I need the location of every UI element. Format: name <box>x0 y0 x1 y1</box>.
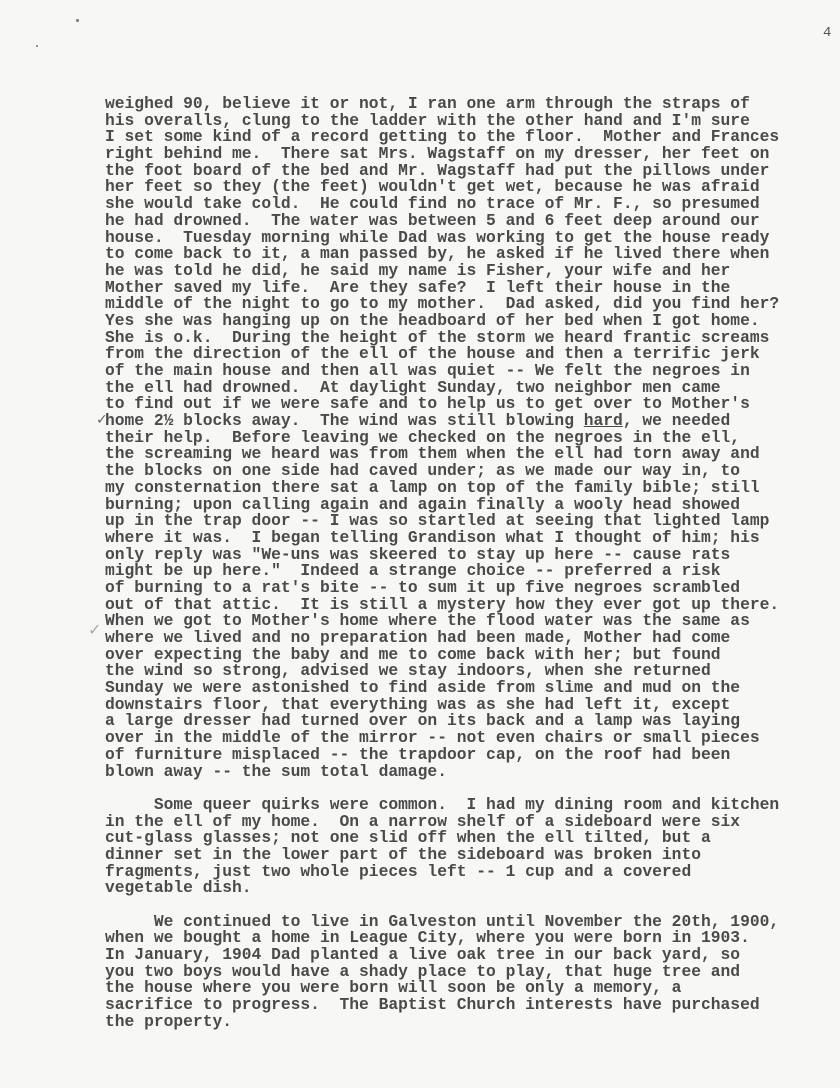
text-line: my consternation there sat a lamp on top… <box>105 480 825 497</box>
document-page: 4 ✓ ✓ weighed 90, believe it or not, I r… <box>0 0 840 1088</box>
text-line: the property. <box>105 1014 825 1031</box>
text-line: of furniture misplaced -- the trapdoor c… <box>105 747 825 764</box>
paragraph: Some queer quirks were common. I had my … <box>105 797 825 897</box>
check-mark-icon: ✓ <box>88 620 101 639</box>
paragraph: weighed 90, believe it or not, I ran one… <box>105 96 825 780</box>
page-number: 4 <box>823 25 831 41</box>
paper-speck <box>36 45 38 47</box>
text-line: he had drowned. The water was between 5 … <box>105 213 825 230</box>
text-line: blown away -- the sum total damage. <box>105 764 825 781</box>
letter-body: weighed 90, believe it or not, I ran one… <box>105 96 825 1031</box>
paragraph: We continued to live in Galveston until … <box>105 914 825 1031</box>
text-line: vegetable dish. <box>105 880 825 897</box>
paper-speck <box>76 19 79 22</box>
